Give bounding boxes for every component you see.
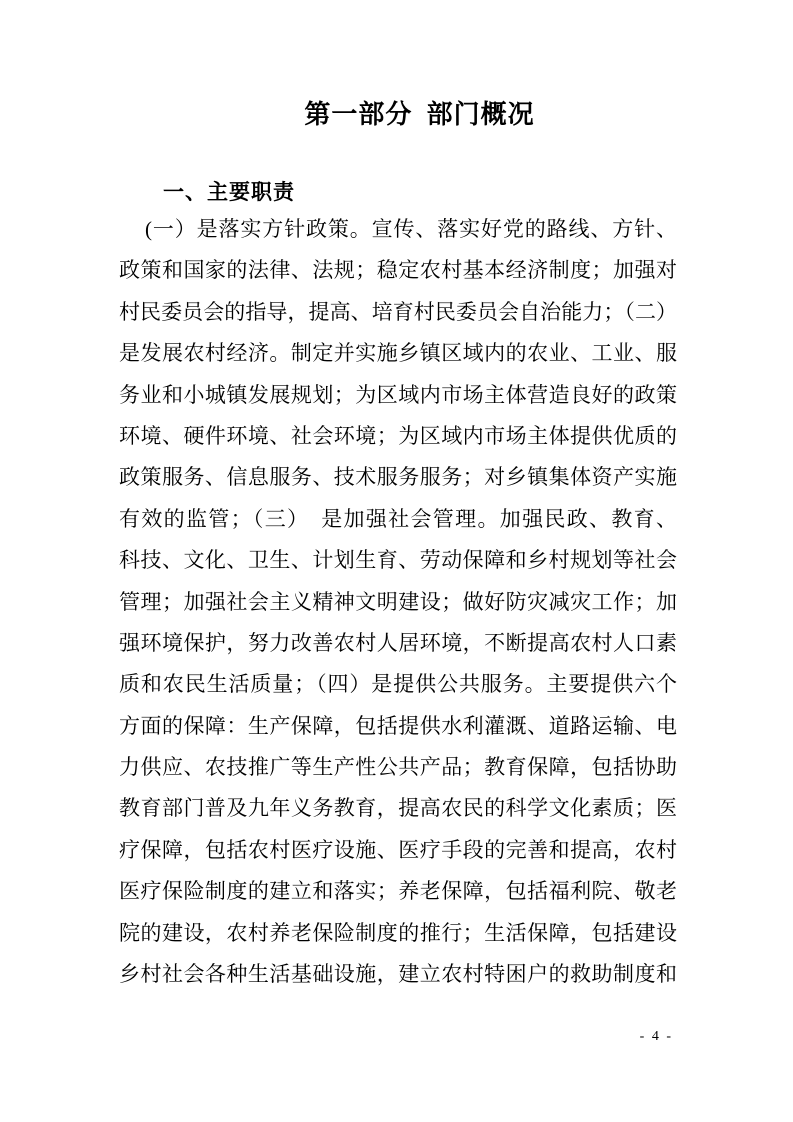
paragraph-line: 管理；加强社会主义精神文明建设；做好防灾减灾工作；加: [119, 582, 677, 623]
paragraph-line: 有效的监管；（三） 是加强社会管理。加强民政、教育、: [119, 499, 677, 540]
paragraph-line: 村民委员会的指导，提高、培育村民委员会自治能力；（二）: [119, 292, 677, 333]
paragraph-line: 疗保障，包括农村医疗设施、医疗手段的完善和提高，农村: [119, 830, 677, 871]
document-title: 第一部分 部门概况: [0, 100, 793, 128]
paragraph-line: 力供应、农技推广等生产性公共产品；教育保障，包括协助: [119, 747, 677, 788]
page-number: - 4 -: [640, 1029, 673, 1045]
paragraph-line: 医疗保险制度的建立和落实；养老保障，包括福利院、敬老: [119, 871, 677, 912]
document-page: 第一部分 部门概况 一、主要职责 (一）是落实方针政策。宣传、落实好党的路线、方…: [0, 0, 793, 1122]
paragraph-line: 政策服务、信息服务、技术服务服务；对乡镇集体资产实施: [119, 457, 677, 498]
paragraph-line: 教育部门普及九年义务教育，提高农民的科学文化素质；医: [119, 788, 677, 829]
paragraph-line: 质和农民生活质量；（四）是提供公共服务。主要提供六个: [119, 664, 677, 705]
paragraph-line: 政策和国家的法律、法规；稳定农村基本经济制度；加强对: [119, 250, 677, 291]
paragraph-line: 是发展农村经济。制定并实施乡镇区域内的农业、工业、服: [119, 333, 677, 374]
paragraph-line: 强环境保护，努力改善农村人居环境，不断提高农村人口素: [119, 623, 677, 664]
paragraph-line: (一）是落实方针政策。宣传、落实好党的路线、方针、: [119, 209, 677, 250]
section-heading: 一、主要职责: [163, 181, 295, 205]
paragraph: (一）是落实方针政策。宣传、落实好党的路线、方针、 政策和国家的法律、法规；稳定…: [119, 209, 677, 995]
paragraph-line: 务业和小城镇发展规划；为区域内市场主体营造良好的政策: [119, 375, 677, 416]
paragraph-line: 科技、文化、卫生、计划生育、劳动保障和乡村规划等社会: [119, 540, 677, 581]
paragraph-line: 乡村社会各种生活基础设施，建立农村特困户的救助制度和: [119, 954, 677, 995]
paragraph-line: 方面的保障：生产保障，包括提供水利灌溉、道路运输、电: [119, 706, 677, 747]
paragraph-line: 环境、硬件环境、社会环境；为区域内市场主体提供优质的: [119, 416, 677, 457]
paragraph-line: 院的建设，农村养老保险制度的推行；生活保障，包括建设: [119, 913, 677, 954]
